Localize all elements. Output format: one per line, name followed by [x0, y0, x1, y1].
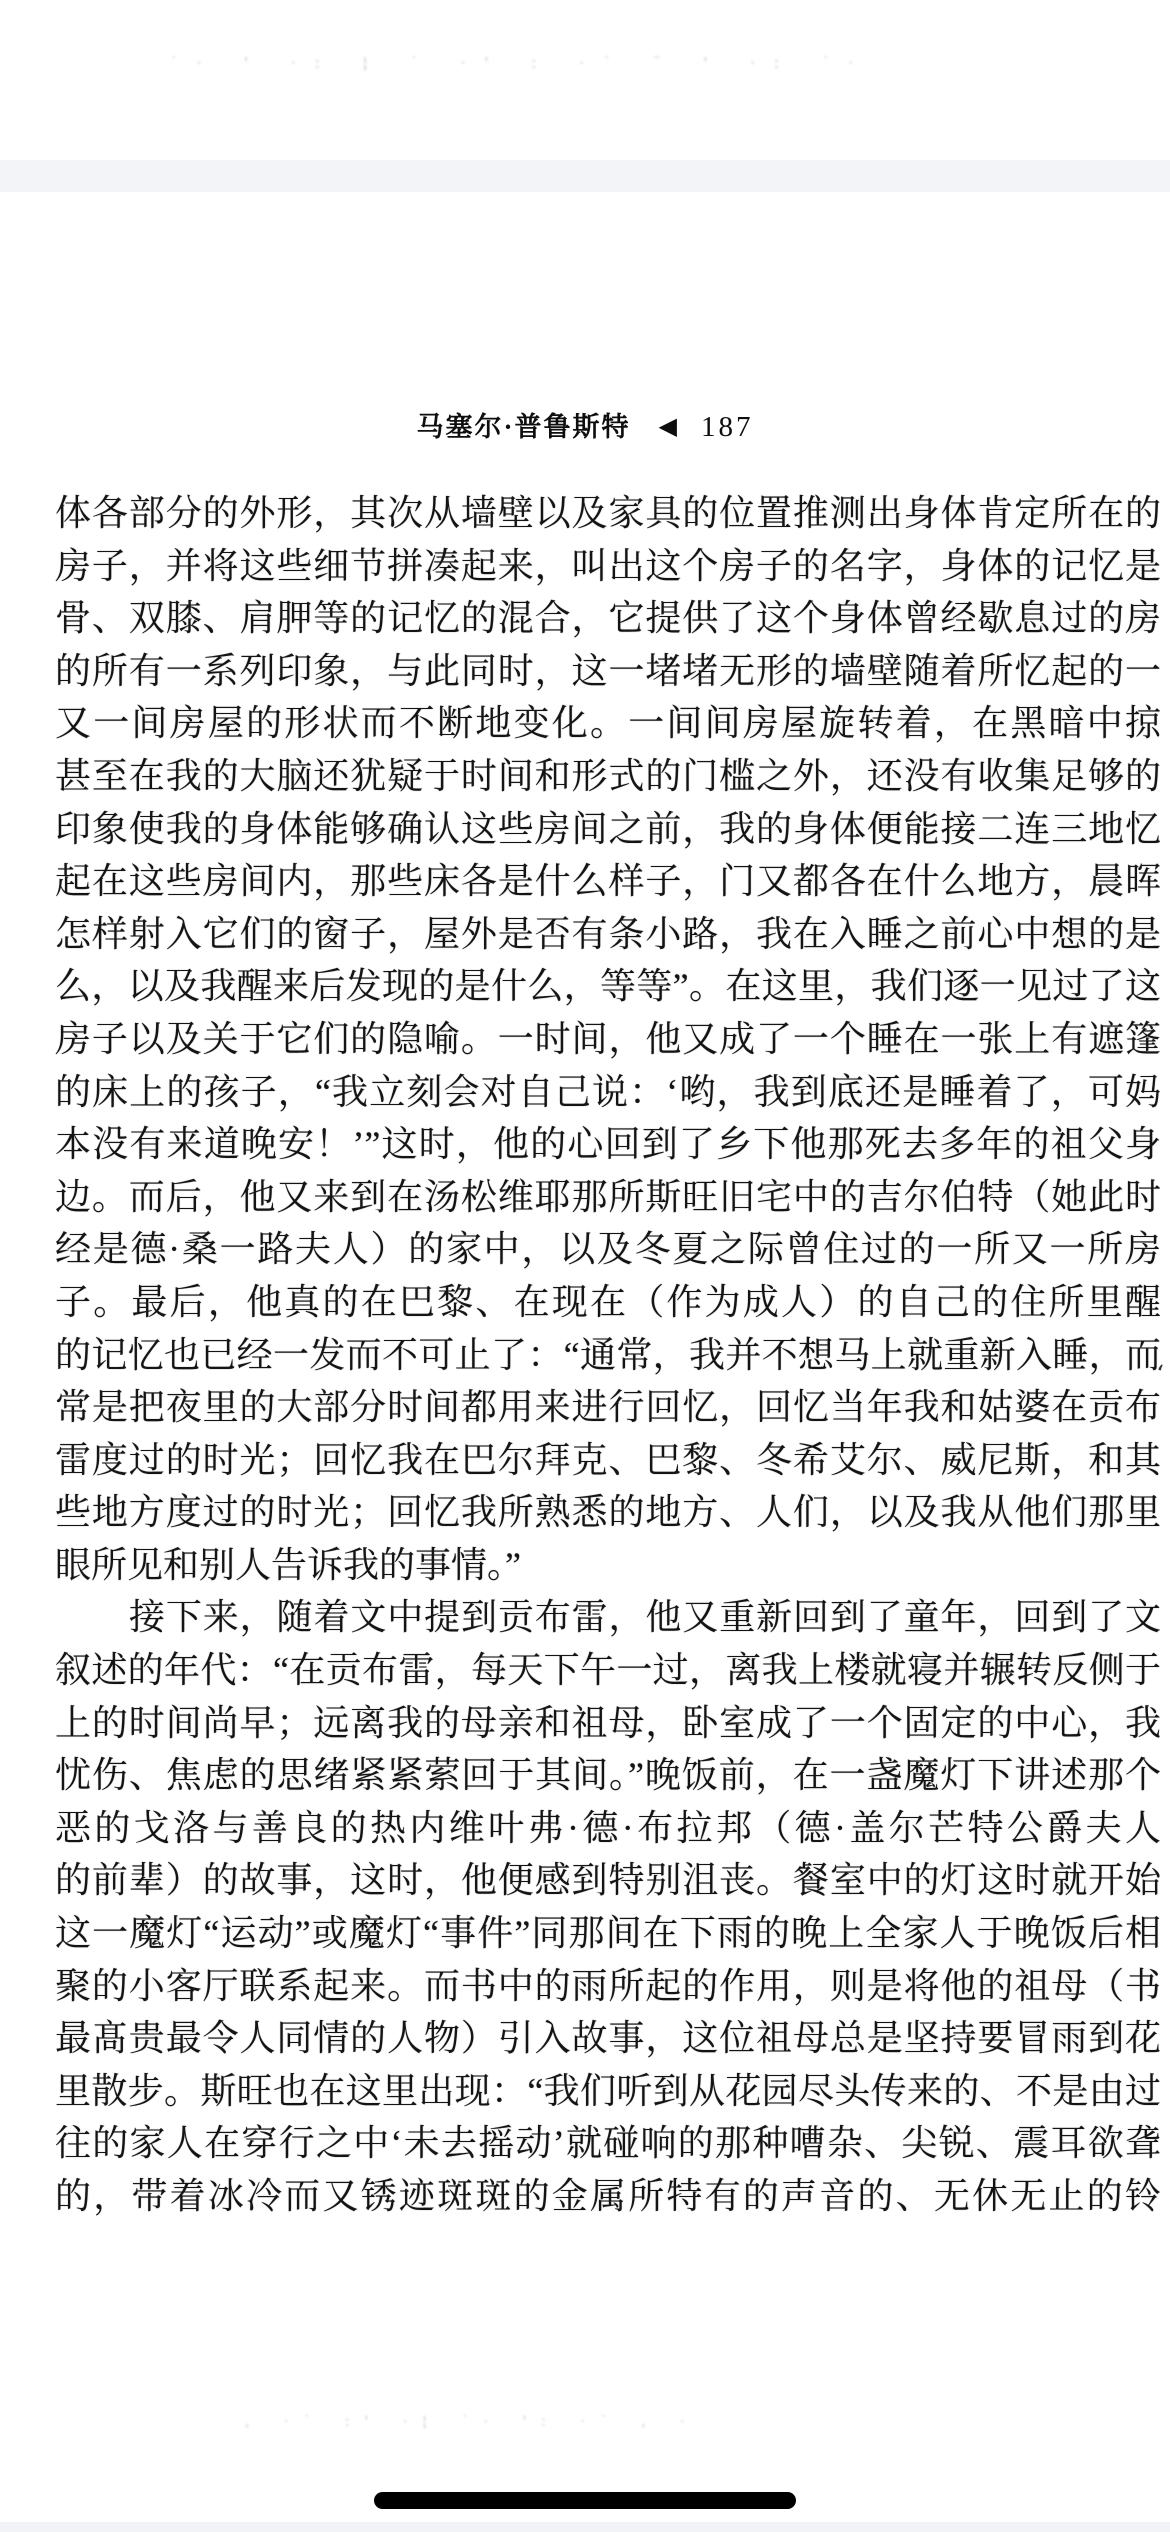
header-book-title: 马塞尔·普鲁斯特 — [417, 412, 631, 442]
bottom-strip — [0, 2522, 1170, 2532]
text-line: 房子以及关于它们的隐喻。一时间，他又成了一个睡在一张上有遮篷 — [55, 1013, 1161, 1066]
text-line: 甚至在我的大脑还犹疑于时间和形式的门槛之外，还没有收集足够的 — [55, 750, 1161, 803]
text-line: 聚的小客厅联系起来。而书中的雨所起的作用，则是将他的祖母（书中 — [55, 1960, 1161, 2013]
text-line: 子。最后，他真的在巴黎、在现在（作为成人）的自己的住所里醒来，他 — [55, 1276, 1161, 1329]
home-indicator[interactable] — [374, 2492, 796, 2509]
text-line: 房子，并将这些细节拼凑起来，叫出这个房子的名字，身体的记忆是肋 — [55, 540, 1161, 593]
text-line: 常是把夜里的大部分时间都用来进行回忆，回忆当年我和姑婆在贡布 — [55, 1381, 1161, 1434]
text-line: 最髙贵最令人同情的人物）引入故事，这位祖母总是坚持要冒雨到花园 — [55, 2012, 1161, 2065]
text-line: 叙述的年代：“在贡布雷，每天下午一过，离我上楼就寝并辗转反侧于床 — [55, 1644, 1161, 1697]
text-line: 的前辈）的故事，这时，他便感到特别沮丧。餐室中的灯这时就开始把 — [55, 1854, 1161, 1907]
scanned-body-text: 体各部分的外形，其次从墙壁以及家具的位置推测出身体肯定所在的房子，并将这些细节拼… — [55, 487, 1161, 2223]
top-divider-band — [0, 160, 1170, 192]
text-line: 往的家人在穿行之中‘未去摇动’就碰响的那种嘈杂、尖锐、震耳欲聋 — [55, 2117, 1161, 2170]
text-line: 怎样射入它们的窗子，屋外是否有条小路，我在入睡之前心中想的是什 — [55, 908, 1161, 961]
text-line: 眼所见和别人告诉我的事情。” — [55, 1539, 1161, 1592]
text-line: 经是德·桑一路夫人）的家中，以及冬夏之际曾住过的一所又一所房 — [55, 1223, 1161, 1276]
text-line: 骨、双膝、肩胛等的记忆的混合，它提供了这个身体曾经歇息过的房间 — [55, 592, 1161, 645]
blurred-footer-text: , ·˙ :' ·¦ ˙· ': ·˙ , · — [245, 2414, 835, 2452]
text-line: 又一间房屋的形状而不断地变化。一间间房屋旋转着，在黑暗中掠过。 — [55, 697, 1161, 750]
text-line: 些地方度过的时光；回忆我所熟悉的地方、人们，以及我从他们那里亲 — [55, 1486, 1161, 1539]
running-header: 马塞尔·普鲁斯特◀187 — [0, 404, 1170, 450]
text-line: 的，带着冰冷而又锈迹斑斑的金属所特有的声音的、无休无止的铃声， — [55, 2170, 1161, 2223]
text-line: 里散步。斯旺也在这里出现：“我们听到从花园尽头传来的、不是由过 — [55, 2065, 1161, 2118]
page-number: 187 — [701, 411, 754, 443]
text-line: 印象使我的身体能够确认这些房间之前，我的身体便能接二连三地忆 — [55, 803, 1161, 856]
text-line: 本没有来道晚安！’”这时，他的心回到了乡下他那死去多年的祖父身 — [55, 1118, 1161, 1171]
text-line: 的记忆也已经一发而不可止了：“通常，我并不想马上就重新入睡，而常 — [55, 1329, 1161, 1382]
text-line: 的所有一系列印象，与此同时，这一堵堵无形的墙壁随着所忆起的一间 — [55, 645, 1161, 698]
left-triangle-icon: ◀ — [659, 414, 679, 440]
text-line: 边。而后，他又来到在汤松维耶那所斯旺旧宅中的吉尔伯特（她此时已 — [55, 1171, 1161, 1224]
text-line: 的床上的孩子，“我立刻会对自己说：‘哟，我到底还是睡着了，可妈妈根 — [55, 1066, 1161, 1119]
text-line: 起在这些房间内，那些床各是什么样子，门又都各在什么地方，晨晖是 — [55, 855, 1161, 908]
text-line: 雷度过的时光；回忆我在巴尔拜克、巴黎、冬希艾尔、威尼斯，和其他一 — [55, 1434, 1161, 1487]
text-line: 么，以及我醒来后发现的是什么，等等”。在这里，我们逐一见过了这些 — [55, 960, 1161, 1013]
phone-screen: ˙· ' ·: ¦ ˙ ·' : ·˙ ¨ ' ·: ˙· 马塞尔·普鲁斯特◀1… — [0, 0, 1170, 2532]
text-line: 忧伤、焦虑的思绪紧紧萦回于其间。”晚饭前，在一盏魔灯下讲述那个邪 — [55, 1749, 1161, 1802]
text-line: 这一魔灯“运动”或魔灯“事件”同那间在下雨的晚上全家人于晚饭后相 — [55, 1907, 1161, 1960]
text-line: 上的时间尚早；远离我的母亲和祖母，卧室成了一个固定的中心，我那 — [55, 1697, 1161, 1750]
text-line: 恶的戈洛与善良的热内维叶弗·德·布拉邦（德·盖尔芒特公爵夫人 — [55, 1802, 1161, 1855]
text-line: 接下来，随着文中提到贡布雷，他又重新回到了童年，回到了文中 — [55, 1591, 1161, 1644]
blurred-toolbar-text: ˙· ' ·: ¦ ˙ ·' : ·˙ ¨ ' ·: ˙· — [170, 54, 1030, 96]
text-line: 体各部分的外形，其次从墙壁以及家具的位置推测出身体肯定所在的 — [55, 487, 1161, 540]
